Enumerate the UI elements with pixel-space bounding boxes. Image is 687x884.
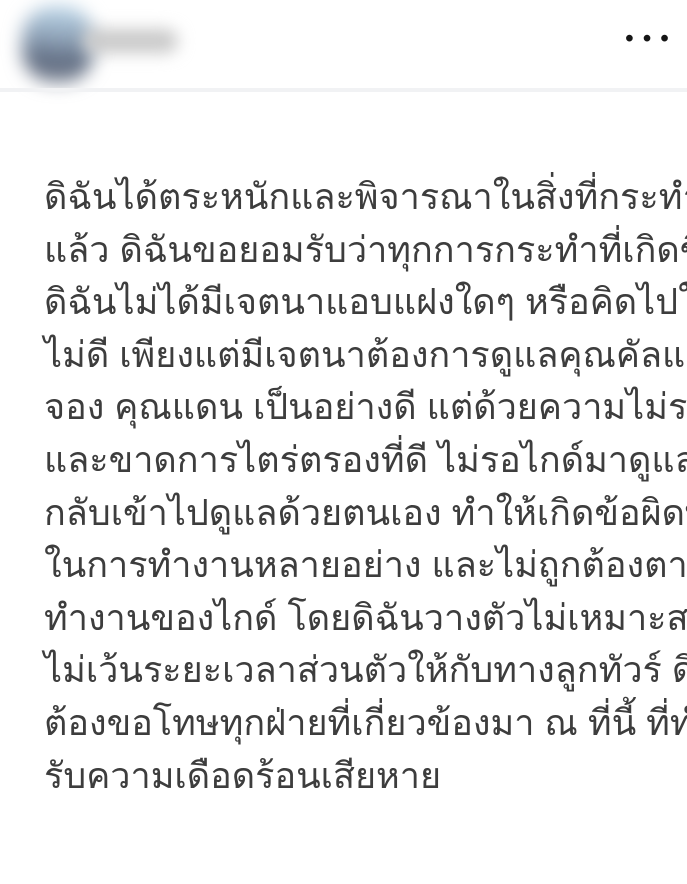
post-text-line: ดิฉันได้ตระหนักและพิจารณาในสิ่งที่กระทำล… (44, 171, 654, 224)
ellipsis-icon: ••• (619, 29, 676, 52)
post-text-line: จอง คุณแดน เป็นอย่างดี แต่ด้วยความไม่รอบ… (44, 381, 654, 434)
post-text-line: ไม่เว้นระยะเวลาส่วนตัวให้กับทางลูกทัวร์ … (44, 644, 654, 697)
post-text-line: ไม่ดี เพียงแต่มีเจตนาต้องการดูแลคุณคัลแล… (44, 329, 654, 382)
post-text-line: แล้ว ดิฉันขอยอมรับว่าทุกการกระทำที่เกิดข… (44, 224, 654, 277)
post-header: ••• (0, 0, 687, 88)
post-text-line: ในการทำงานหลายอย่าง และไม่ถูกต้องตามการ (44, 539, 654, 592)
post-text-line: รับความเดือดร้อนเสียหาย (44, 750, 654, 803)
header-divider (0, 88, 687, 92)
author-name-redacted[interactable] (82, 29, 178, 53)
post-text-line: กลับเข้าไปดูแลด้วยตนเอง ทำให้เกิดข้อผิดพ… (44, 487, 654, 540)
post-text: ดิฉันได้ตระหนักและพิจารณาในสิ่งที่กระทำล… (44, 171, 654, 802)
post-text-line: ต้องขอโทษทุกฝ่ายที่เกี่ยวข้องมา ณ ที่นี้… (44, 697, 654, 750)
post-text-line: ทำงานของไกด์ โดยดิฉันวางตัวไม่เหมาะสมและ (44, 592, 654, 645)
post-text-line: และขาดการไตร่ตรองที่ดี ไม่รอไกด์มาดูแล แ… (44, 434, 654, 487)
more-options-button[interactable]: ••• (623, 22, 671, 58)
post-text-line: ดิฉันไม่ได้มีเจตนาแอบแฝงใดๆ หรือคิดไปในท… (44, 276, 654, 329)
